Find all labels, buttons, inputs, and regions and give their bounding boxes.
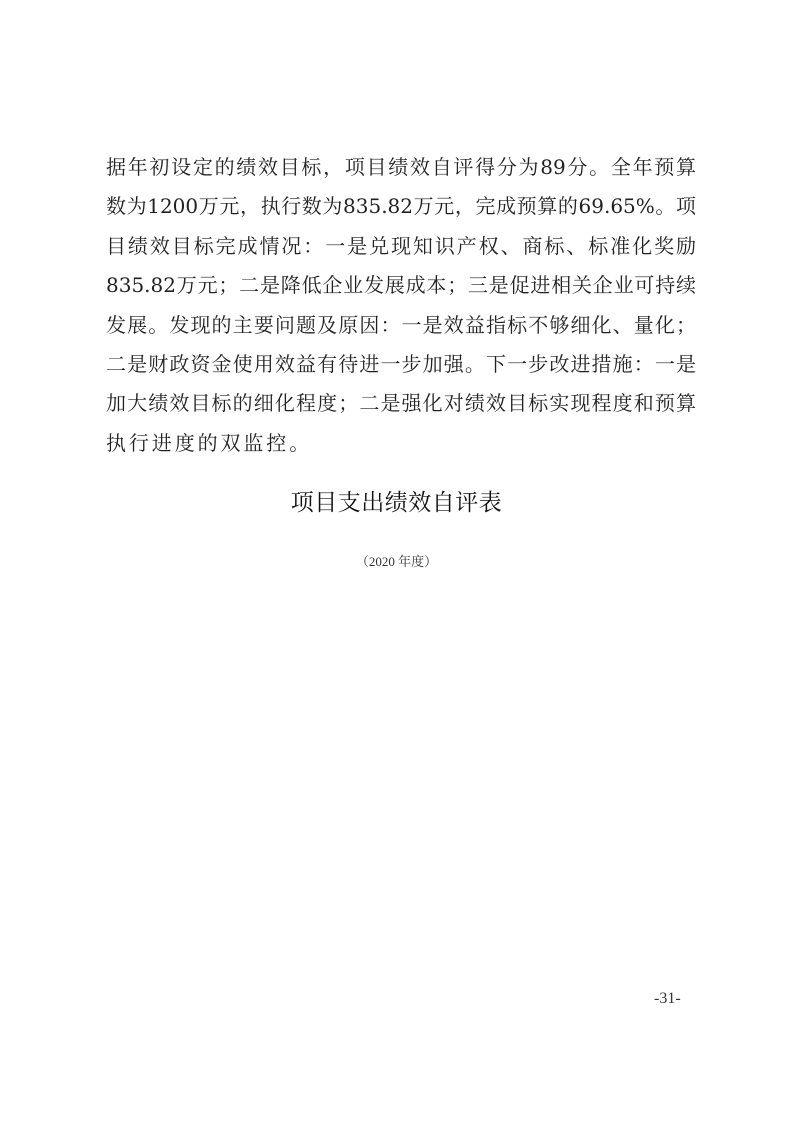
page-number: -31-	[654, 990, 681, 1008]
evaluation-summary-paragraph: 据年初设定的绩效目标，项目绩效自评得分为89分。全年预算 数为1200万元，执行…	[106, 148, 696, 463]
table-title: 项目支出绩效自评表	[0, 484, 793, 517]
paragraph-line-8: 执行进度的双监控。	[106, 424, 696, 463]
paragraph-line-1: 据年初设定的绩效目标，项目绩效自评得分为89分。全年预算	[106, 148, 696, 187]
paragraph-line-6: 二是财政资金使用效益有待进一步加强。下一步改进措施：一是	[106, 345, 696, 384]
paragraph-line-3: 目绩效目标完成情况：一是兑现知识产权、商标、标准化奖励	[106, 227, 696, 266]
paragraph-line-4: 835.82万元；二是降低企业发展成本；三是促进相关企业可持续	[106, 266, 696, 305]
paragraph-line-7: 加大绩效目标的细化程度；二是强化对绩效目标实现程度和预算	[106, 384, 696, 423]
table-year-subtitle: （2020 年度）	[0, 551, 793, 570]
paragraph-line-2: 数为1200万元，执行数为835.82万元，完成预算的69.65%。项	[106, 187, 696, 226]
paragraph-line-5: 发展。发现的主要问题及原因：一是效益指标不够细化、量化；	[106, 306, 696, 345]
